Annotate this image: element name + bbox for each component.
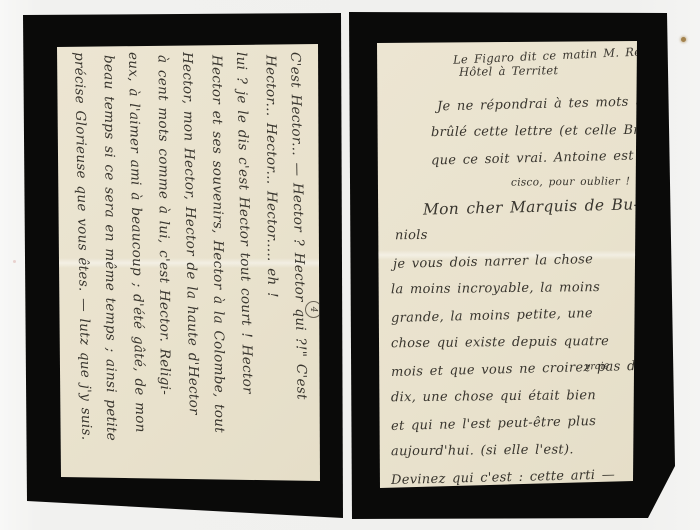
handwriting-line: et qui ne l'est peut-être plus	[391, 407, 636, 440]
letter-page-right: Le Figaro dit ce matin M. Regalis Hôtel …	[377, 41, 637, 488]
handwriting-line: que ce soit vrai. Antoine est à San Fran	[431, 143, 636, 175]
handwriting-line: je vous dois narrer la chose	[393, 245, 636, 278]
letterhead: Le Figaro dit ce matin M. Regalis Hôtel …	[453, 48, 670, 78]
photograph-background: C'est Hector... — Hector ? Hector qui ?!…	[0, 0, 700, 530]
handwriting-line: Mon cher Marquis de Bu-	[423, 191, 636, 223]
dust-speck	[13, 260, 16, 263]
handwriting-line: aujourd'hui. (si elle l'est).	[391, 436, 635, 466]
right-mount-panel: Le Figaro dit ce matin M. Regalis Hôtel …	[349, 12, 679, 521]
letter-body: Je ne répondrai à tes mots que vous ayez…	[389, 91, 635, 491]
handwriting-line: à cent mots comme à lui, c'est Hector. R…	[149, 55, 179, 475]
handwriting-line: Hector... Hector... Hector..... eh !	[257, 55, 287, 475]
interline-insertion: vraie	[585, 360, 610, 372]
handwriting-line: brûlé cette lettre (et celle Bridel) ! E…	[431, 117, 635, 146]
handwriting-line: niols	[395, 220, 635, 250]
handwriting-line: Je ne répondrai à tes mots que vous ayez	[437, 89, 636, 121]
left-mount-panel: C'est Hector... — Hector ? Hector qui ?!…	[23, 13, 343, 519]
handwriting-line: Hector et ses souvenirs, Hector à la Col…	[203, 55, 233, 475]
page-number-annotation: 4	[305, 301, 322, 318]
handwriting-line: chose qui existe depuis quatre	[391, 328, 635, 358]
handwriting-line: beau temps si ce sera en même temps ; ai…	[95, 55, 125, 475]
handwriting-line: Devinez qui c'est : cette arti —	[391, 461, 636, 494]
handwriting-line: la moins incroyable, la moins	[391, 274, 635, 304]
handwriting-line: Hôtel à Territet	[459, 61, 671, 80]
handwriting-line: dix, une chose qui était bien	[391, 382, 635, 412]
cross-written-text-block: C'est Hector... — Hector ? Hector qui ?!…	[66, 52, 312, 472]
letter-page-left: C'est Hector... — Hector ? Hector qui ?!…	[57, 44, 320, 481]
foxing-dot	[681, 37, 686, 42]
handwriting-line: C'est Hector... — Hector ? Hector qui ?!…	[281, 52, 316, 472]
handwriting-line: grande, la moins petite, une	[391, 299, 636, 332]
